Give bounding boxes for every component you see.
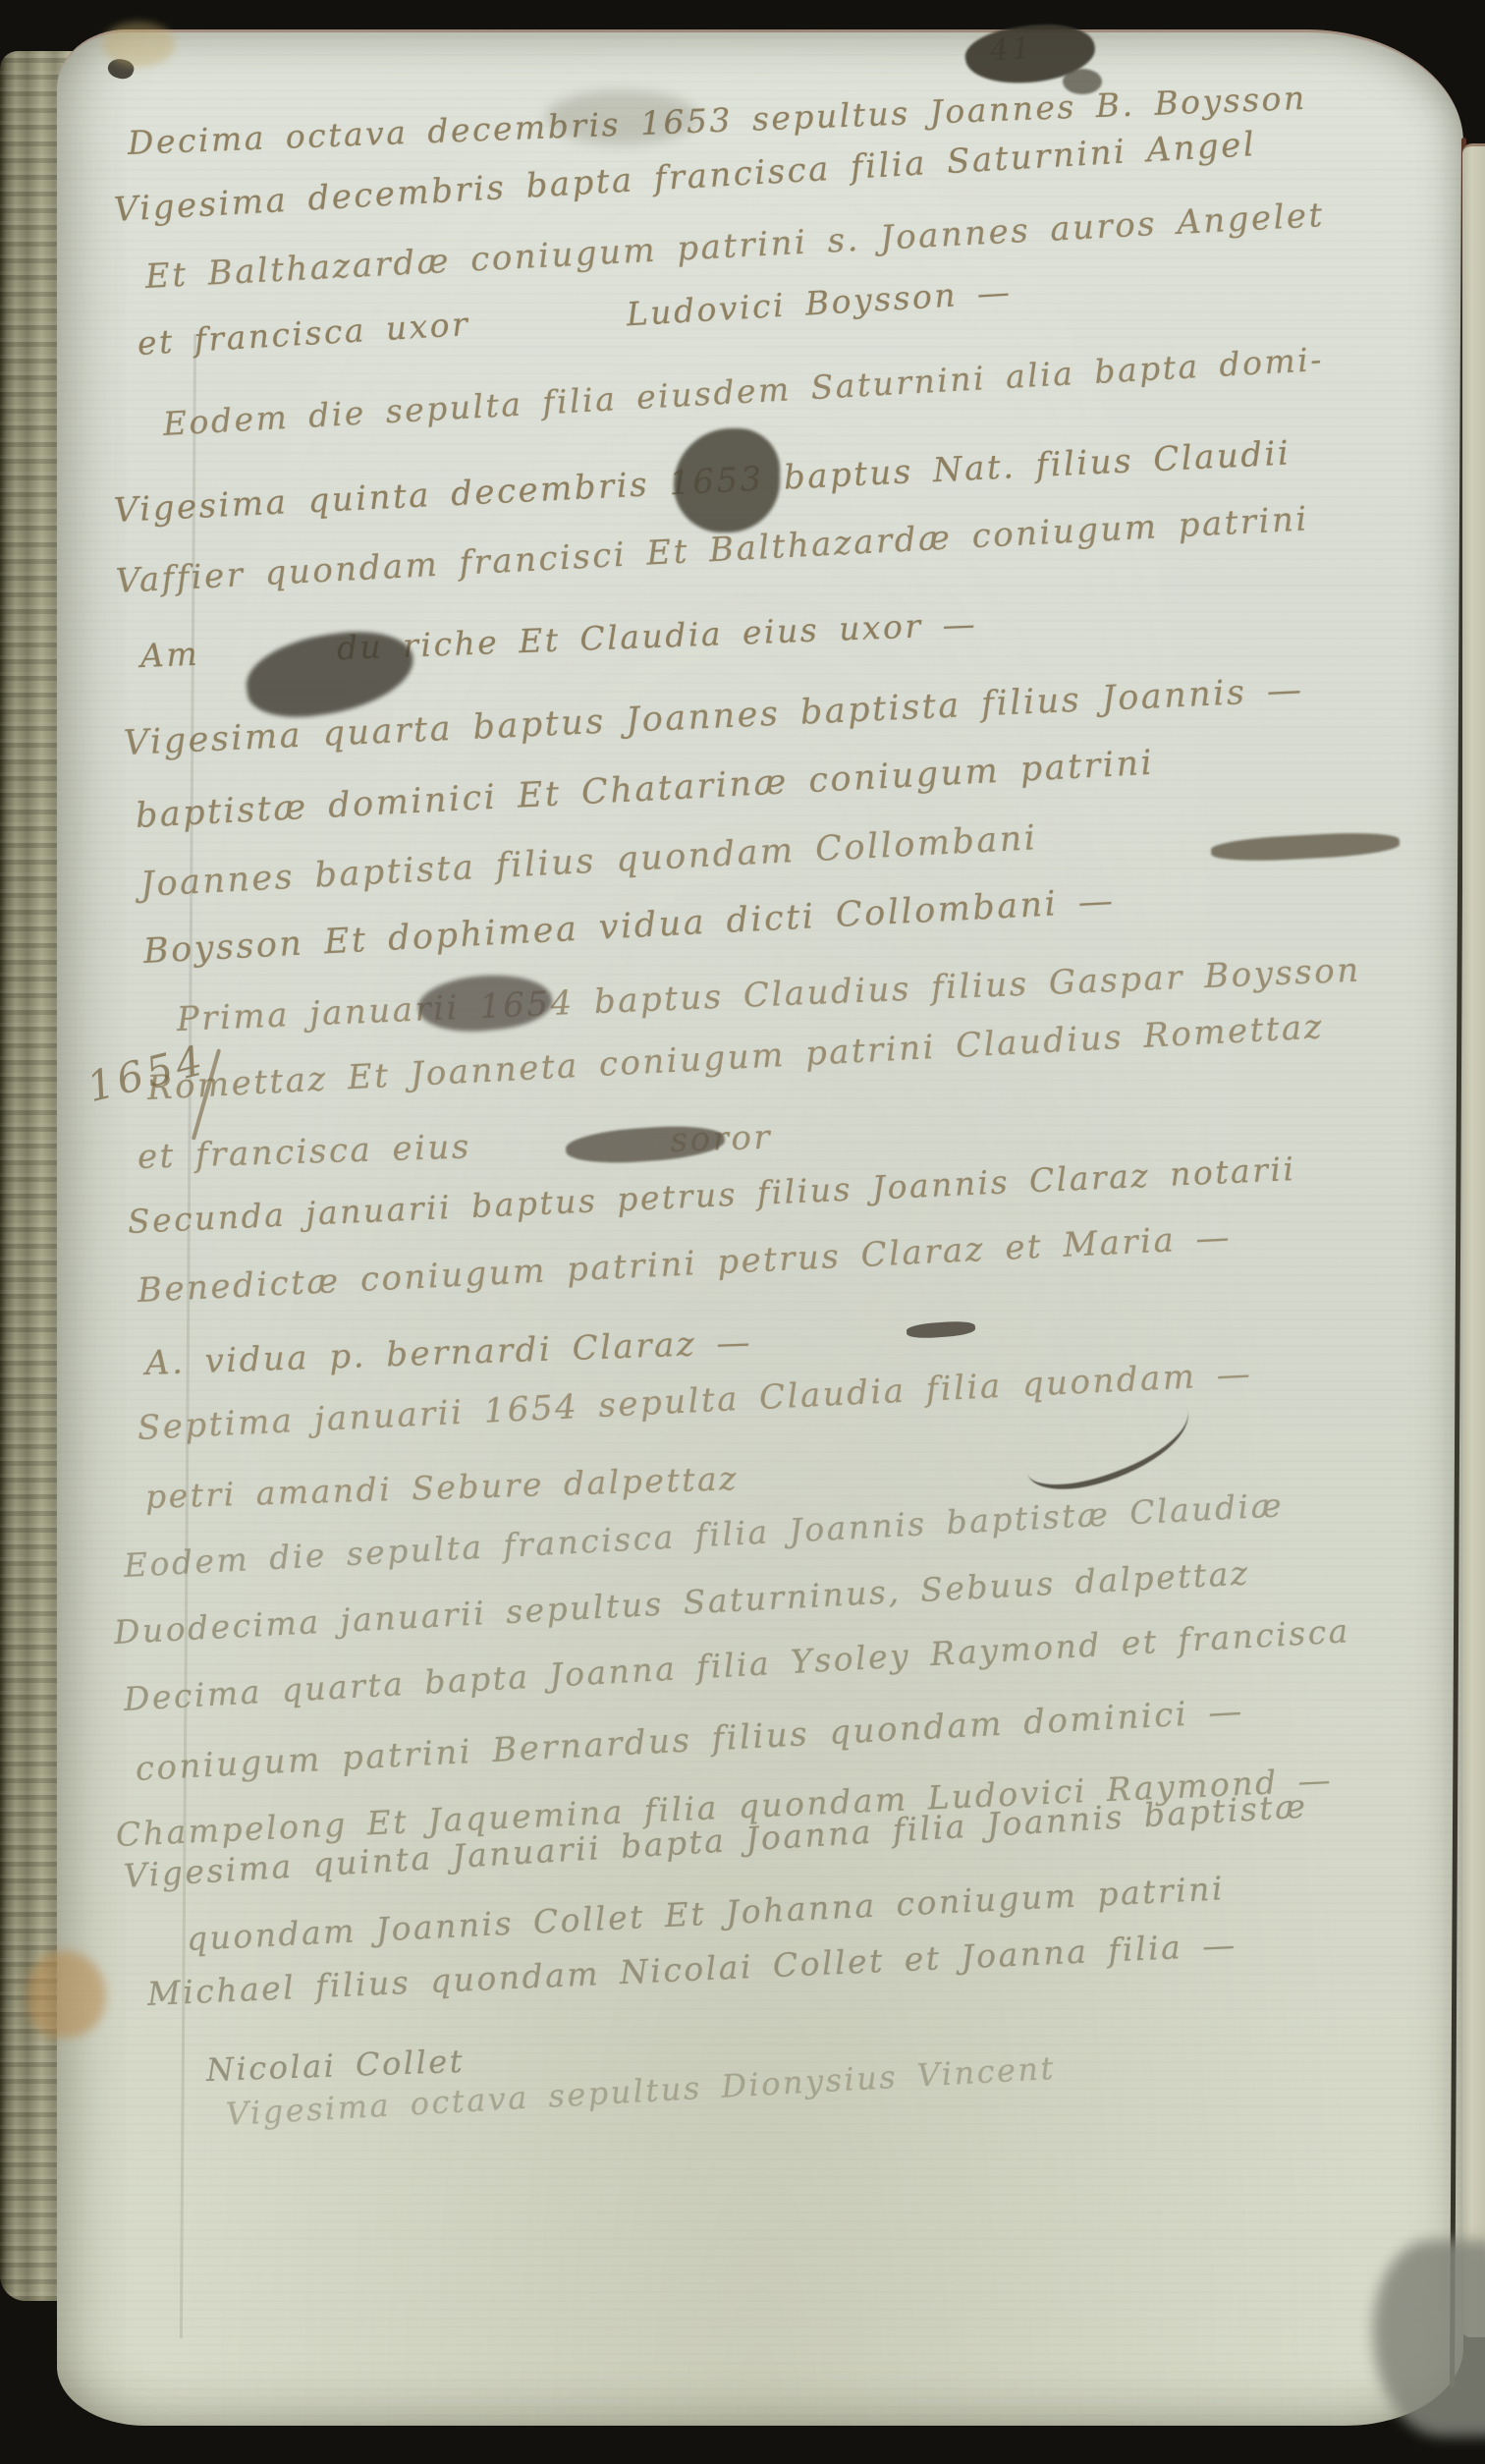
photo-backdrop: 41 1654 Decima octava decembris 1653 sep… bbox=[0, 0, 1485, 2464]
paper-stain bbox=[102, 22, 175, 67]
paper-stain bbox=[27, 1951, 106, 2038]
adjacent-page-edge bbox=[1462, 143, 1485, 2337]
faint-smudge bbox=[546, 90, 698, 144]
